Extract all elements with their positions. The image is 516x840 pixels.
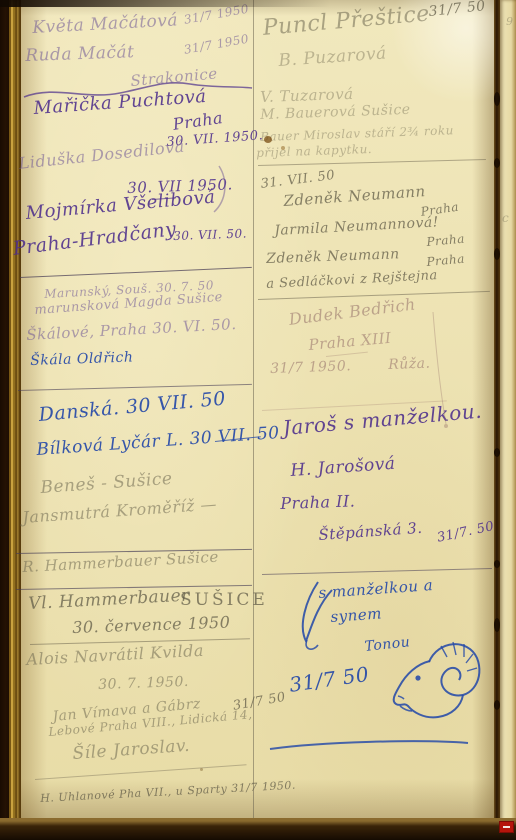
handwriting-entry: SUŠICE [180, 592, 268, 609]
handwriting-entry: 9 [506, 16, 514, 27]
handwriting-entry: Praha II. [280, 493, 356, 512]
ink-stain [281, 146, 285, 150]
handwriting-entry: 30. 7. 1950. [98, 675, 189, 692]
book-bottom-edge [0, 818, 516, 840]
handwriting-entry: V. Tuzarová [260, 87, 354, 105]
handwriting-entry: Růža. [388, 357, 431, 372]
top-edge-shadow [0, 0, 330, 7]
handwriting-entry: Praha [426, 233, 465, 248]
handwriting-entry: Škála Oldřich [30, 350, 134, 368]
ink-stain [264, 136, 272, 143]
handwriting-entry: c [502, 212, 509, 224]
handwriting-entry: Ruda Mačát [25, 44, 135, 65]
page-edges-left [9, 0, 21, 840]
ink-stain [200, 768, 203, 771]
next-page-sliver [500, 0, 516, 828]
handwriting-entry: Praha [426, 253, 465, 268]
handwriting-entry: 31/7 1950. [270, 359, 351, 376]
scanned-guestbook-page: Květa Mačátová31/7 1950Ruda Mačát31/7 19… [0, 0, 516, 840]
red-dash-artifact-icon [499, 821, 514, 833]
handwriting-entry: synem [330, 606, 382, 625]
handwriting-entry: 30. VII. 50. [173, 227, 247, 242]
book-binding-left [0, 0, 9, 840]
